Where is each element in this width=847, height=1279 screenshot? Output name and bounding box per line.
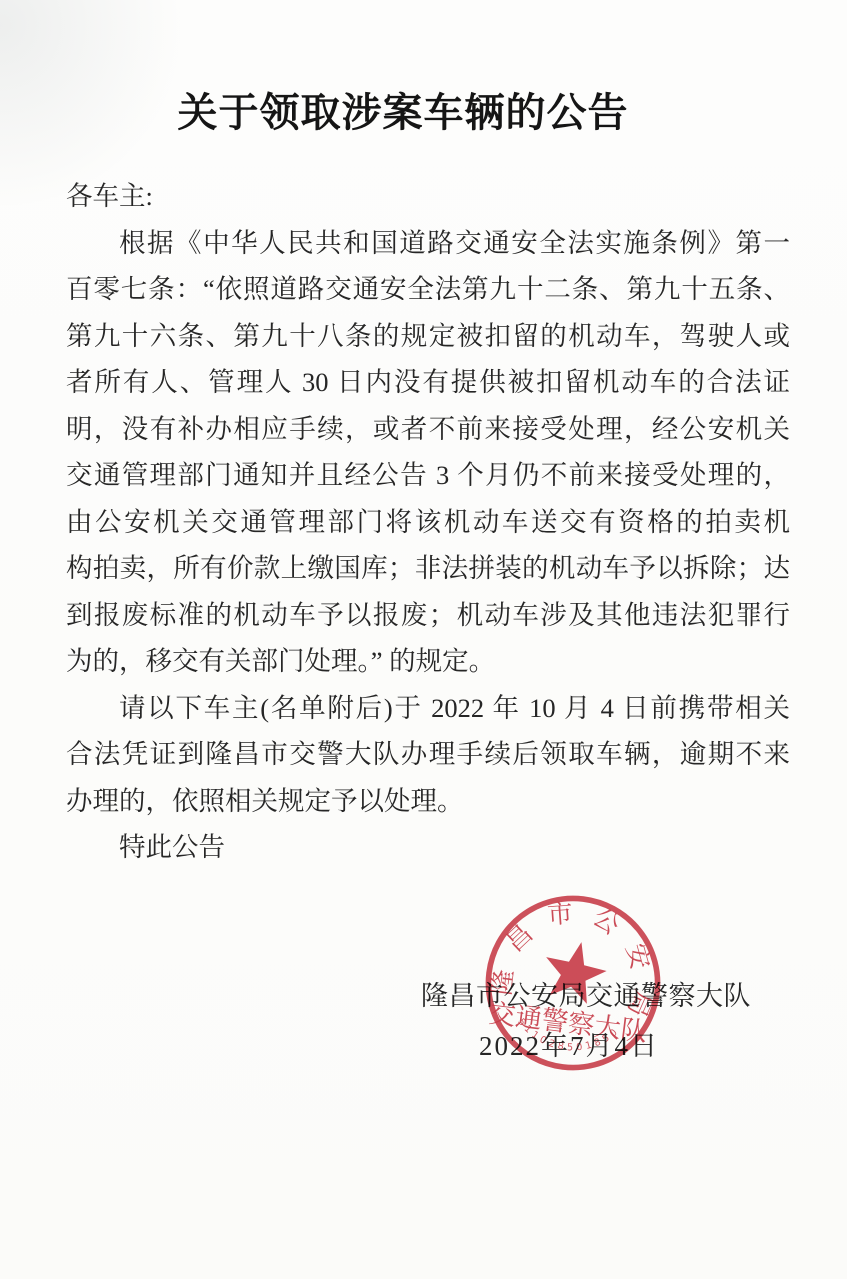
greeting-line: 各车主:	[66, 173, 790, 220]
seal-star-icon	[538, 935, 612, 1006]
body-line: 第九十六条、第九十八条的规定被扣留的机动车，驾驶人或	[66, 313, 790, 360]
body-line: 由公安机关交通管理部门将该机动车送交有资格的拍卖机	[66, 499, 790, 546]
document-title: 关于领取涉案车辆的公告	[41, 86, 765, 140]
body-line: 者所有人、管理人 30 日内没有提供被扣留机动车的合法证	[66, 359, 790, 406]
official-red-seal: 隆昌市公安局 交通警察大队 511028501850	[454, 864, 692, 1102]
body-line: 交通管理部门通知并且经公告 3 个月仍不前来接受处理的，	[66, 452, 790, 499]
document-body: 各车主: 根据《中华人民共和国道路交通安全法实施条例》第一 百零七条：“依照道路…	[66, 173, 790, 871]
body-line: 请以下车主(名单附后)于 2022 年 10 月 4 日前携带相关	[66, 685, 790, 732]
body-line: 办理的，依照相关规定予以处理。	[66, 778, 790, 825]
document-content: 关于领取涉案车辆的公告 各车主: 根据《中华人民共和国道路交通安全法实施条例》第…	[0, 0, 847, 871]
scanned-announcement-page: 关于领取涉案车辆的公告 各车主: 根据《中华人民共和国道路交通安全法实施条例》第…	[0, 0, 847, 1279]
body-line: 为的，移交有关部门处理。” 的规定。	[66, 638, 790, 685]
body-line: 根据《中华人民共和国道路交通安全法实施条例》第一	[66, 220, 790, 267]
body-line: 明，没有补办相应手续，或者不前来接受处理，经公安机关	[66, 406, 790, 453]
body-line: 百零七条：“依照道路交通安全法第九十二条、第九十五条、	[66, 266, 790, 313]
body-line: 构拍卖，所有价款上缴国库；非法拼装的机动车予以拆除；达	[66, 545, 790, 592]
body-line: 到报废标准的机动车予以报废；机动车涉及其他违法犯罪行	[66, 592, 790, 639]
closing-line: 特此公告	[66, 824, 790, 871]
body-line: 合法凭证到隆昌市交警大队办理手续后领取车辆，逾期不来	[66, 731, 790, 778]
